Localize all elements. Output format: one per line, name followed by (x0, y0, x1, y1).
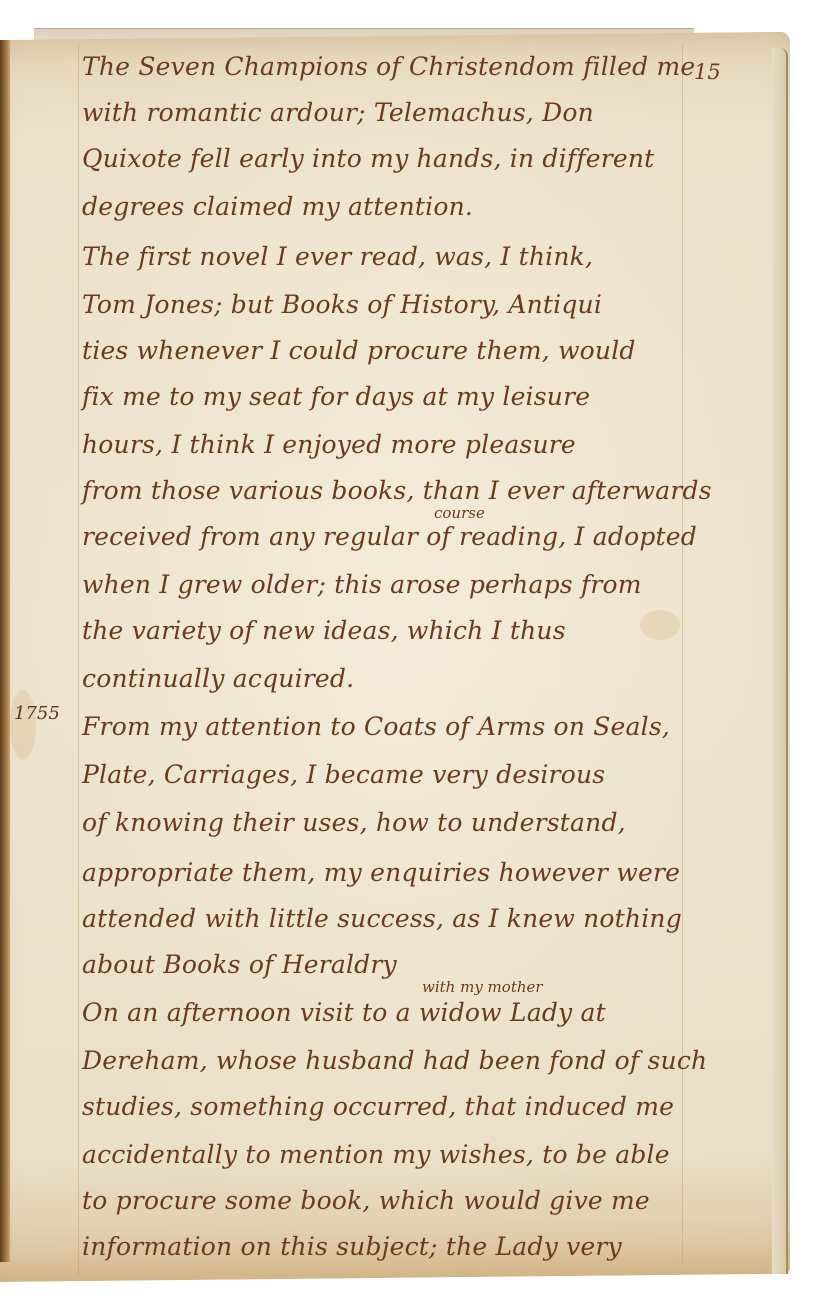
interlinear-insertion: course (434, 504, 485, 522)
interlinear-insertion: with my mother (422, 978, 543, 996)
text-line: continually acquired. (82, 664, 354, 693)
text-line: of knowing their uses, how to understand… (82, 808, 626, 837)
text-line: Tom Jones; but Books of History, Antiqui (82, 290, 602, 319)
paper-stain (640, 610, 680, 640)
text-line: received from any regular of reading, I … (82, 522, 697, 551)
page-fore-edge (772, 48, 788, 1274)
text-line: studies, something occurred, that induce… (82, 1092, 674, 1121)
text-line: On an afternoon visit to a widow Lady at (82, 998, 606, 1027)
text-line: Quixote fell early into my hands, in dif… (82, 144, 654, 173)
text-line: appropriate them, my enquiries however w… (82, 858, 680, 887)
text-line: with romantic ardour; Telemachus, Don (82, 98, 594, 127)
text-line: degrees claimed my attention. (82, 192, 473, 221)
page-number: 15 (694, 60, 721, 84)
text-line: Plate, Carriages, I became very desirous (82, 760, 605, 789)
text-line: when I grew older; this arose perhaps fr… (82, 570, 642, 599)
text-line: The Seven Champions of Christendom fille… (82, 52, 695, 81)
paper-stain (10, 690, 36, 760)
text-line: the variety of new ideas, which I thus (82, 616, 566, 645)
text-line: accidentally to mention my wishes, to be… (82, 1140, 670, 1169)
text-line: Dereham, whose husband had been fond of … (82, 1046, 707, 1075)
text-line: about Books of Heraldry (82, 950, 397, 979)
left-margin-rule (78, 44, 79, 1276)
text-line: The first novel I ever read, was, I thin… (82, 242, 593, 271)
text-line: From my attention to Coats of Arms on Se… (82, 712, 670, 741)
text-line: hours, I think I enjoyed more pleasure (82, 430, 576, 459)
text-line: information on this subject; the Lady ve… (82, 1232, 622, 1261)
right-margin-rule (682, 44, 683, 1264)
margin-date-note: 1755 (14, 703, 60, 724)
book-spine-gutter (0, 40, 10, 1262)
text-line: ties whenever I could procure them, woul… (82, 336, 636, 365)
text-line: to procure some book, which would give m… (82, 1186, 650, 1215)
text-line: attended with little success, as I knew … (82, 904, 682, 933)
text-line: fix me to my seat for days at my leisure (82, 382, 590, 411)
text-line: from those various books, than I ever af… (82, 476, 712, 505)
